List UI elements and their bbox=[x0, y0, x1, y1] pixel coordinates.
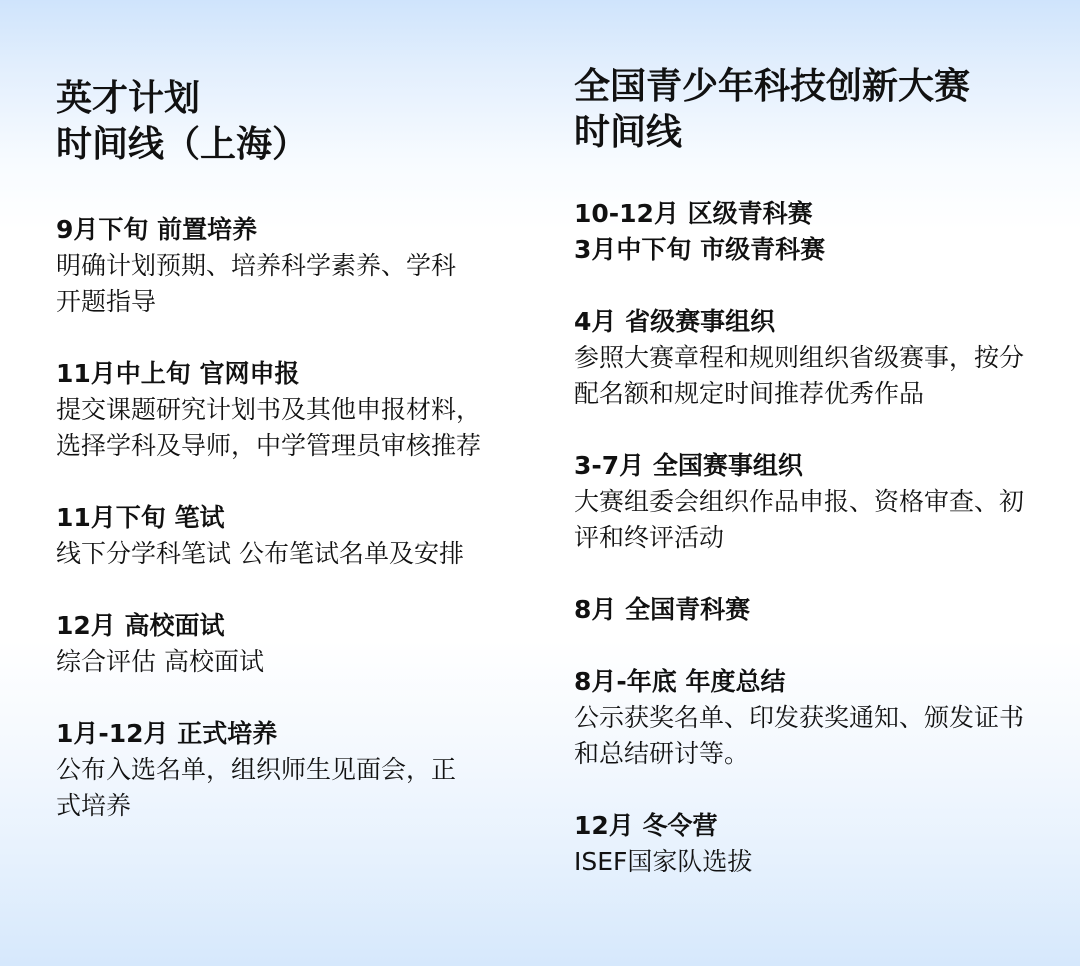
entry-body: 线下分学科笔试 公布笔试名单及安排 bbox=[56, 536, 491, 572]
title-line: 时间线（上海） bbox=[56, 122, 516, 168]
entry-body: 参照大赛章程和规则组织省级赛事，按分配名额和规定时间推荐优秀作品 bbox=[574, 340, 1029, 412]
timeline-entry: 3月中下旬 市级青科赛 bbox=[574, 232, 1044, 268]
entry-body: 公布入选名单，组织师生见面会，正式培养 bbox=[56, 752, 456, 824]
timeline-entry: 1月-12月 正式培养 公布入选名单，组织师生见面会，正式培养 bbox=[56, 716, 516, 824]
contest-title: 全国青少年科技创新大赛 时间线 bbox=[574, 64, 1044, 156]
timeline-entry: 8月 全国青科赛 bbox=[574, 592, 1044, 628]
entry-heading: 8月-年底 年度总结 bbox=[574, 664, 1044, 700]
title-line: 全国青少年科技创新大赛 bbox=[574, 64, 1044, 110]
title-line: 时间线 bbox=[574, 110, 1044, 156]
entry-heading: 4月 省级赛事组织 bbox=[574, 304, 1044, 340]
entry-body: ISEF国家队选拔 bbox=[574, 844, 1044, 880]
entry-body: 公示获奖名单、印发获奖通知、颁发证书和总结研讨等。 bbox=[574, 700, 1029, 772]
entry-heading: 3月中下旬 市级青科赛 bbox=[574, 232, 1044, 268]
timeline-entry: 8月-年底 年度总结 公示获奖名单、印发获奖通知、颁发证书和总结研讨等。 bbox=[574, 664, 1044, 772]
entry-body: 大赛组委会组织作品申报、资格审查、初评和终评活动 bbox=[574, 484, 1029, 556]
timeline-entry: 12月 高校面试 综合评估 高校面试 bbox=[56, 608, 516, 680]
timeline-entry: 3-7月 全国赛事组织 大赛组委会组织作品申报、资格审查、初评和终评活动 bbox=[574, 448, 1044, 556]
entry-body: 明确计划预期、培养科学素养、学科开题指导 bbox=[56, 248, 466, 320]
yingcai-entries: 9月下旬 前置培养 明确计划预期、培养科学素养、学科开题指导 11月中上旬 官网… bbox=[56, 212, 516, 824]
entry-body: 综合评估 高校面试 bbox=[56, 644, 516, 680]
entry-heading: 1月-12月 正式培养 bbox=[56, 716, 516, 752]
timeline-entry: 11月下旬 笔试 线下分学科笔试 公布笔试名单及安排 bbox=[56, 500, 516, 572]
entry-heading: 8月 全国青科赛 bbox=[574, 592, 1044, 628]
entry-heading: 3-7月 全国赛事组织 bbox=[574, 448, 1044, 484]
timeline-entry: 9月下旬 前置培养 明确计划预期、培养科学素养、学科开题指导 bbox=[56, 212, 516, 320]
timeline-entry: 10-12月 区级青科赛 bbox=[574, 196, 1044, 232]
timeline-entry: 11月中上旬 官网申报 提交课题研究计划书及其他申报材料，选择学科及导师，中学管… bbox=[56, 356, 516, 464]
youth-science-contest-timeline-column: 全国青少年科技创新大赛 时间线 10-12月 区级青科赛 3月中下旬 市级青科赛… bbox=[574, 0, 1044, 880]
entry-heading: 12月 冬令营 bbox=[574, 808, 1044, 844]
timeline-entry: 12月 冬令营 ISEF国家队选拔 bbox=[574, 808, 1044, 880]
entry-heading: 10-12月 区级青科赛 bbox=[574, 196, 1044, 232]
entry-heading: 9月下旬 前置培养 bbox=[56, 212, 516, 248]
yingcai-timeline-column: 英才计划 时间线（上海） 9月下旬 前置培养 明确计划预期、培养科学素养、学科开… bbox=[56, 0, 516, 824]
entry-heading: 12月 高校面试 bbox=[56, 608, 516, 644]
entry-body: 提交课题研究计划书及其他申报材料，选择学科及导师，中学管理员审核推荐 bbox=[56, 392, 486, 464]
yingcai-title: 英才计划 时间线（上海） bbox=[56, 76, 516, 168]
entry-heading: 11月中上旬 官网申报 bbox=[56, 356, 516, 392]
entry-heading: 11月下旬 笔试 bbox=[56, 500, 516, 536]
timeline-entry: 4月 省级赛事组织 参照大赛章程和规则组织省级赛事，按分配名额和规定时间推荐优秀… bbox=[574, 304, 1044, 412]
title-line: 英才计划 bbox=[56, 76, 516, 122]
contest-entries: 10-12月 区级青科赛 3月中下旬 市级青科赛 4月 省级赛事组织 参照大赛章… bbox=[574, 196, 1044, 880]
